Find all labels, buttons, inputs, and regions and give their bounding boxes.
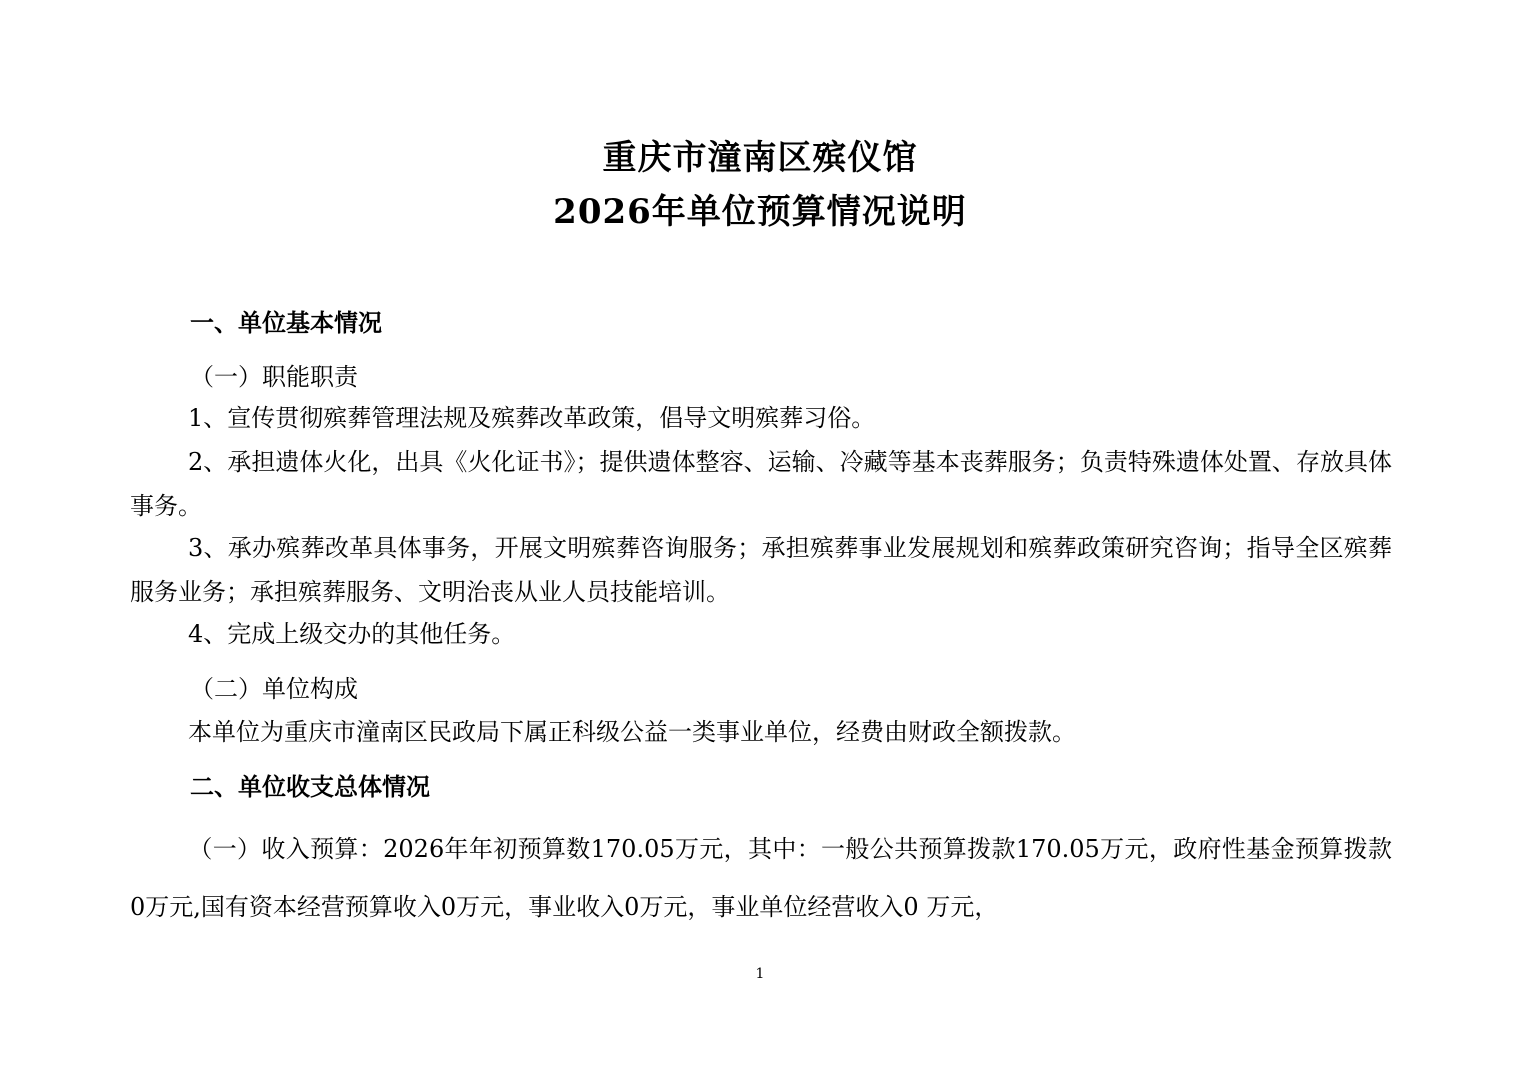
subsection-heading-duties: （一）职能职责 xyxy=(190,360,358,394)
document-subtitle: 2026年单位预算情况说明 xyxy=(0,190,1520,234)
page-number: 1 xyxy=(0,966,1520,982)
paragraph-composition: 本单位为重庆市潼南区民政局下属正科级公益一类事业单位，经费由财政全额拨款。 xyxy=(130,710,1392,754)
paragraph-income-budget: （一）收入预算：2026年年初预算数170.05万元，其中：一般公共预算拨款17… xyxy=(130,820,1392,936)
paragraph-duty-1: 1、宣传贯彻殡葬管理法规及殡葬改革政策，倡导文明殡葬习俗。 xyxy=(130,396,1392,440)
paragraph-duty-2: 2、承担遗体火化，出具《火化证书》；提供遗体整容、运输、冷藏等基本丧葬服务；负责… xyxy=(130,440,1392,528)
paragraph-duty-4: 4、完成上级交办的其他任务。 xyxy=(130,612,1392,656)
section-heading-2: 二、单位收支总体情况 xyxy=(190,770,430,804)
paragraph-duty-3: 3、承办殡葬改革具体事务，开展文明殡葬咨询服务；承担殡葬事业发展规划和殡葬政策研… xyxy=(130,526,1392,614)
section-heading-1: 一、单位基本情况 xyxy=(190,306,382,340)
document-title: 重庆市潼南区殡仪馆 xyxy=(0,136,1520,180)
subsection-heading-composition: （二）单位构成 xyxy=(190,672,358,706)
